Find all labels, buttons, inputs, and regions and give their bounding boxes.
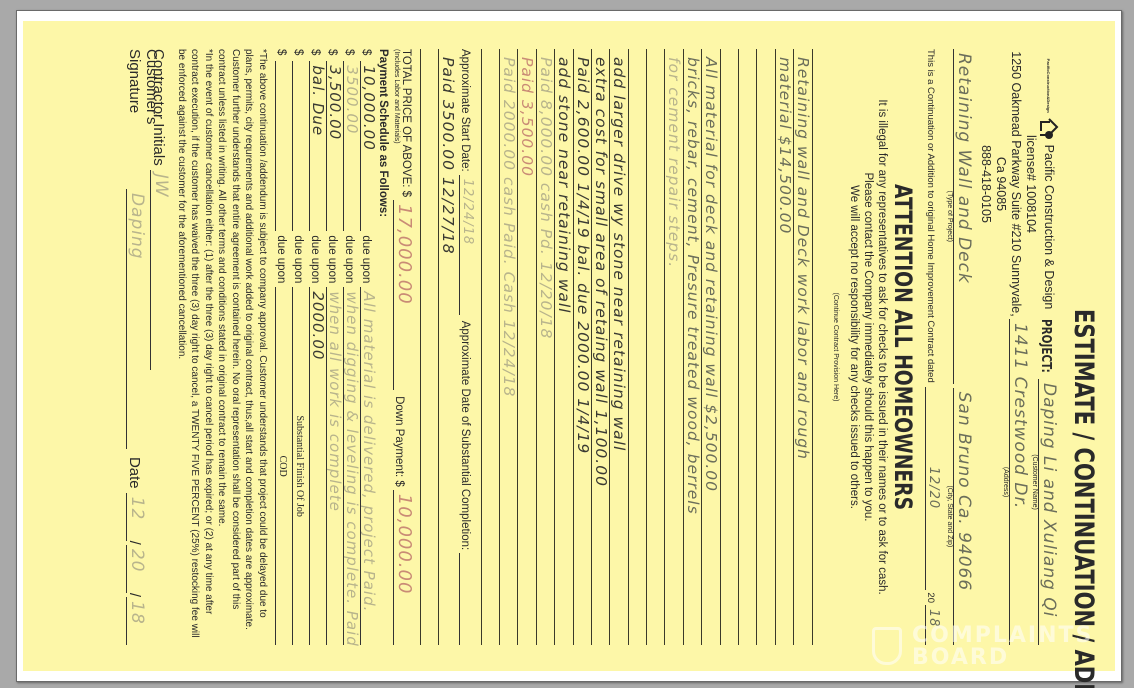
provision-line[interactable]: material $14,500.00: [775, 49, 793, 645]
total-price-label: TOTAL PRICE OF ABOVE: $: [400, 49, 412, 197]
provision-line[interactable]: [646, 49, 664, 645]
provision-line[interactable]: Retaining wall and Deck work labor and r…: [793, 49, 811, 645]
customer-name-caption: (Customer Name): [1031, 319, 1038, 645]
form-header: PacificConstruction&Design Pacific Const…: [978, 49, 1060, 645]
contractor-initials-value: JW: [151, 174, 171, 198]
project-label: PROJECT:: [1038, 319, 1053, 367]
type-city-row: Retaining Wall and Deck (Type of Project…: [946, 49, 976, 645]
fine-print-paragraph: *In the event of customer cancellation e…: [174, 49, 215, 645]
substantial-finish-label: Substantial Finish Of Job: [294, 287, 305, 645]
date-day-field[interactable]: 20: [126, 545, 147, 593]
attention-notice: ATTENTION ALL HOMEOWNERS It is illegal f…: [847, 49, 917, 645]
schedule-due-field[interactable]: 2000.00: [309, 287, 326, 645]
customer-signature-row: Customer's Signature Daping Date 12 / 20…: [126, 49, 150, 645]
address-field[interactable]: 1411 Crestwood Dr.: [1009, 319, 1030, 645]
document-viewer-page: ESTIMATE / CONTINUATION / ADDENDUM Pacif…: [16, 10, 1122, 682]
house-tree-logo-icon: [1038, 117, 1060, 141]
contract-year-field[interactable]: 18: [925, 605, 940, 645]
schedule-due-field[interactable]: COD: [275, 287, 292, 645]
project-type-field[interactable]: Retaining Wall and Deck: [953, 49, 976, 384]
address-caption: (Address): [1002, 319, 1009, 645]
provision-line[interactable]: Paid 3,500.00: [517, 49, 535, 645]
city-state-zip-field[interactable]: San Bruno Ca. 94066: [953, 388, 976, 645]
attention-line: We will accept no responsibility for any…: [847, 49, 860, 645]
schedule-due-field[interactable]: All material is delivered, project Paid.: [360, 287, 377, 645]
total-price-value: 17,000.00: [394, 204, 415, 305]
provision-line[interactable]: Paid 3500.00 12/27/18: [438, 49, 456, 645]
payment-schedule: $ 10,000.00 due upon All material is del…: [275, 49, 377, 645]
date-year-field[interactable]: 18: [126, 597, 147, 645]
cod-label: COD: [277, 287, 288, 645]
schedule-amount-field[interactable]: 3500.00: [343, 61, 360, 231]
provision-line[interactable]: [420, 49, 438, 645]
schedule-amount-field[interactable]: 3,500.00: [326, 61, 343, 231]
form-title: ESTIMATE / CONTINUATION / ADDENDUM: [1068, 309, 1099, 571]
contract-dated-row: This is a Continuation or Addition to or…: [925, 49, 940, 645]
fine-print: *The above continuation /addendum is sub…: [174, 49, 269, 645]
total-price-sublabel: (Includes Labor and Materials): [393, 49, 400, 197]
schedule-amount-field[interactable]: [292, 61, 309, 231]
project-block: PROJECT: Daping Li and Xuliang Qi (Custo…: [978, 319, 1060, 645]
provision-line[interactable]: [720, 49, 738, 645]
start-date-field[interactable]: 12/24/18: [459, 175, 476, 315]
company-block: PacificConstruction&Design Pacific Const…: [978, 49, 1060, 319]
provision-line[interactable]: [756, 49, 774, 645]
provision-line[interactable]: Paid 8,000.00 cash Pd. 12/20/18: [536, 49, 554, 645]
schedule-due-field[interactable]: when digging & leveling is complete. Pai…: [343, 287, 360, 645]
down-payment-label: Down Payment: $: [393, 396, 405, 487]
dates-row: Approximate Start Date: 12/24/18 Approxi…: [459, 49, 477, 645]
provision-line[interactable]: All material for deck and retaining wall…: [701, 49, 719, 645]
schedule-row: $ 10,000.00 due upon All material is del…: [360, 49, 377, 645]
provision-line[interactable]: bricks, rebar, cement, Presure treated w…: [683, 49, 701, 645]
attention-heading: ATTENTION ALL HOMEOWNERS: [889, 184, 917, 510]
schedule-amount-field[interactable]: [275, 61, 292, 231]
company-address: 1250 Oakmead Parkway Suite #210 Sunnyval…: [993, 49, 1023, 319]
provision-line[interactable]: [812, 49, 830, 645]
schedule-due-field[interactable]: Substantial Finish Of Job: [292, 287, 309, 645]
contract-date-value: 12/20: [926, 467, 941, 509]
schedule-amount-field[interactable]: 10,000.00: [360, 61, 377, 231]
start-date-label: Approximate Start Date:: [459, 49, 471, 172]
company-license: license# 1008104: [1023, 49, 1038, 319]
company-phone: 888-418-0105: [978, 49, 993, 319]
down-payment-field[interactable]: 10,000.00: [393, 490, 414, 645]
company-name: Pacific Construction & Design: [1042, 145, 1057, 310]
project-type-value: Retaining Wall and Deck: [954, 53, 974, 284]
project-type-caption: (Type of Project): [946, 49, 953, 384]
schedule-row: $ 3,500.00 due upon when all work is com…: [326, 49, 343, 645]
date-label: Date: [126, 457, 143, 489]
total-price-field[interactable]: 17,000.00: [393, 200, 414, 390]
schedule-row: $ bal. Due due upon 2000.00: [309, 49, 326, 645]
address-value: 1411 Crestwood Dr.: [1010, 323, 1030, 509]
provision-line[interactable]: Paid 2000.00 cash Paid. Cash 12/24/18: [499, 49, 517, 645]
completion-date-field[interactable]: [459, 553, 476, 645]
contract-year-prefix: 20: [925, 592, 936, 603]
attention-line: Please contact the Company immediately s…: [861, 49, 874, 645]
start-date-value: 12/24/18: [460, 179, 475, 245]
provision-line[interactable]: [481, 49, 499, 645]
contract-date-field[interactable]: 12/20: [925, 387, 940, 591]
attention-line: It is illegal for any representatives to…: [875, 49, 888, 645]
contractor-initials-field[interactable]: JW: [150, 170, 171, 370]
provision-line[interactable]: extra cost for small area of retaing wal…: [591, 49, 609, 645]
provision-line[interactable]: Paid 2,600.00 1/4/19 bal. due 2000.00 1/…: [573, 49, 591, 645]
customer-signature-value: Daping: [127, 193, 147, 260]
small-logo-text: PacificConstruction&Design: [1042, 59, 1057, 113]
city-state-zip-value: San Bruno Ca. 94066: [954, 392, 974, 592]
provision-line[interactable]: [738, 49, 756, 645]
extra-lines: Paid 3500.00 12/27/18: [420, 49, 457, 645]
provision-line[interactable]: [628, 49, 646, 645]
completion-date-label: Approximate Date of Substantial Completi…: [459, 321, 471, 550]
schedule-row: $ due upon COD: [275, 49, 292, 645]
city-state-zip-caption: (City, State and Zip): [946, 388, 953, 645]
date-month-field[interactable]: 12: [126, 493, 147, 541]
fine-print-paragraph: *The above continuation /addendum is sub…: [215, 49, 269, 645]
customer-signature-field[interactable]: Daping: [126, 189, 147, 449]
payment-schedule-title: Payment Schedule as Follows:: [377, 49, 389, 645]
contract-dated-label: This is a Continuation or Addition to or…: [925, 49, 936, 383]
schedule-row: $ due upon Substantial Finish Of Job: [292, 49, 309, 645]
customer-name-field[interactable]: Daping Li and Xuliang Qi: [1038, 379, 1059, 645]
provision-line[interactable]: add stone near retaining wall: [554, 49, 572, 645]
provision-line[interactable]: for cement repair steps.: [664, 49, 682, 645]
customer-signature-label: Customer's Signature: [126, 49, 160, 185]
estimate-form: ESTIMATE / CONTINUATION / ADDENDUM Pacif…: [23, 21, 1115, 671]
down-payment-value: 10,000.00: [394, 494, 415, 595]
schedule-due-field[interactable]: when all work is complete: [326, 287, 343, 645]
customer-name-value: Daping Li and Xuliang Qi: [1039, 383, 1059, 617]
total-row: TOTAL PRICE OF ABOVE: $ (Includes Labor …: [393, 49, 414, 645]
schedule-row: $ 3500.00 due upon when digging & leveli…: [343, 49, 360, 645]
contract-year-value: 18: [926, 609, 941, 628]
provision-lines: Retaining wall and Deck work labor and r…: [481, 49, 830, 645]
provision-line[interactable]: add larger drive wy stone near retaining…: [609, 49, 627, 645]
provision-caption: (Continue Contract Provision Here): [832, 49, 839, 645]
schedule-amount-field[interactable]: bal. Due: [309, 61, 326, 231]
